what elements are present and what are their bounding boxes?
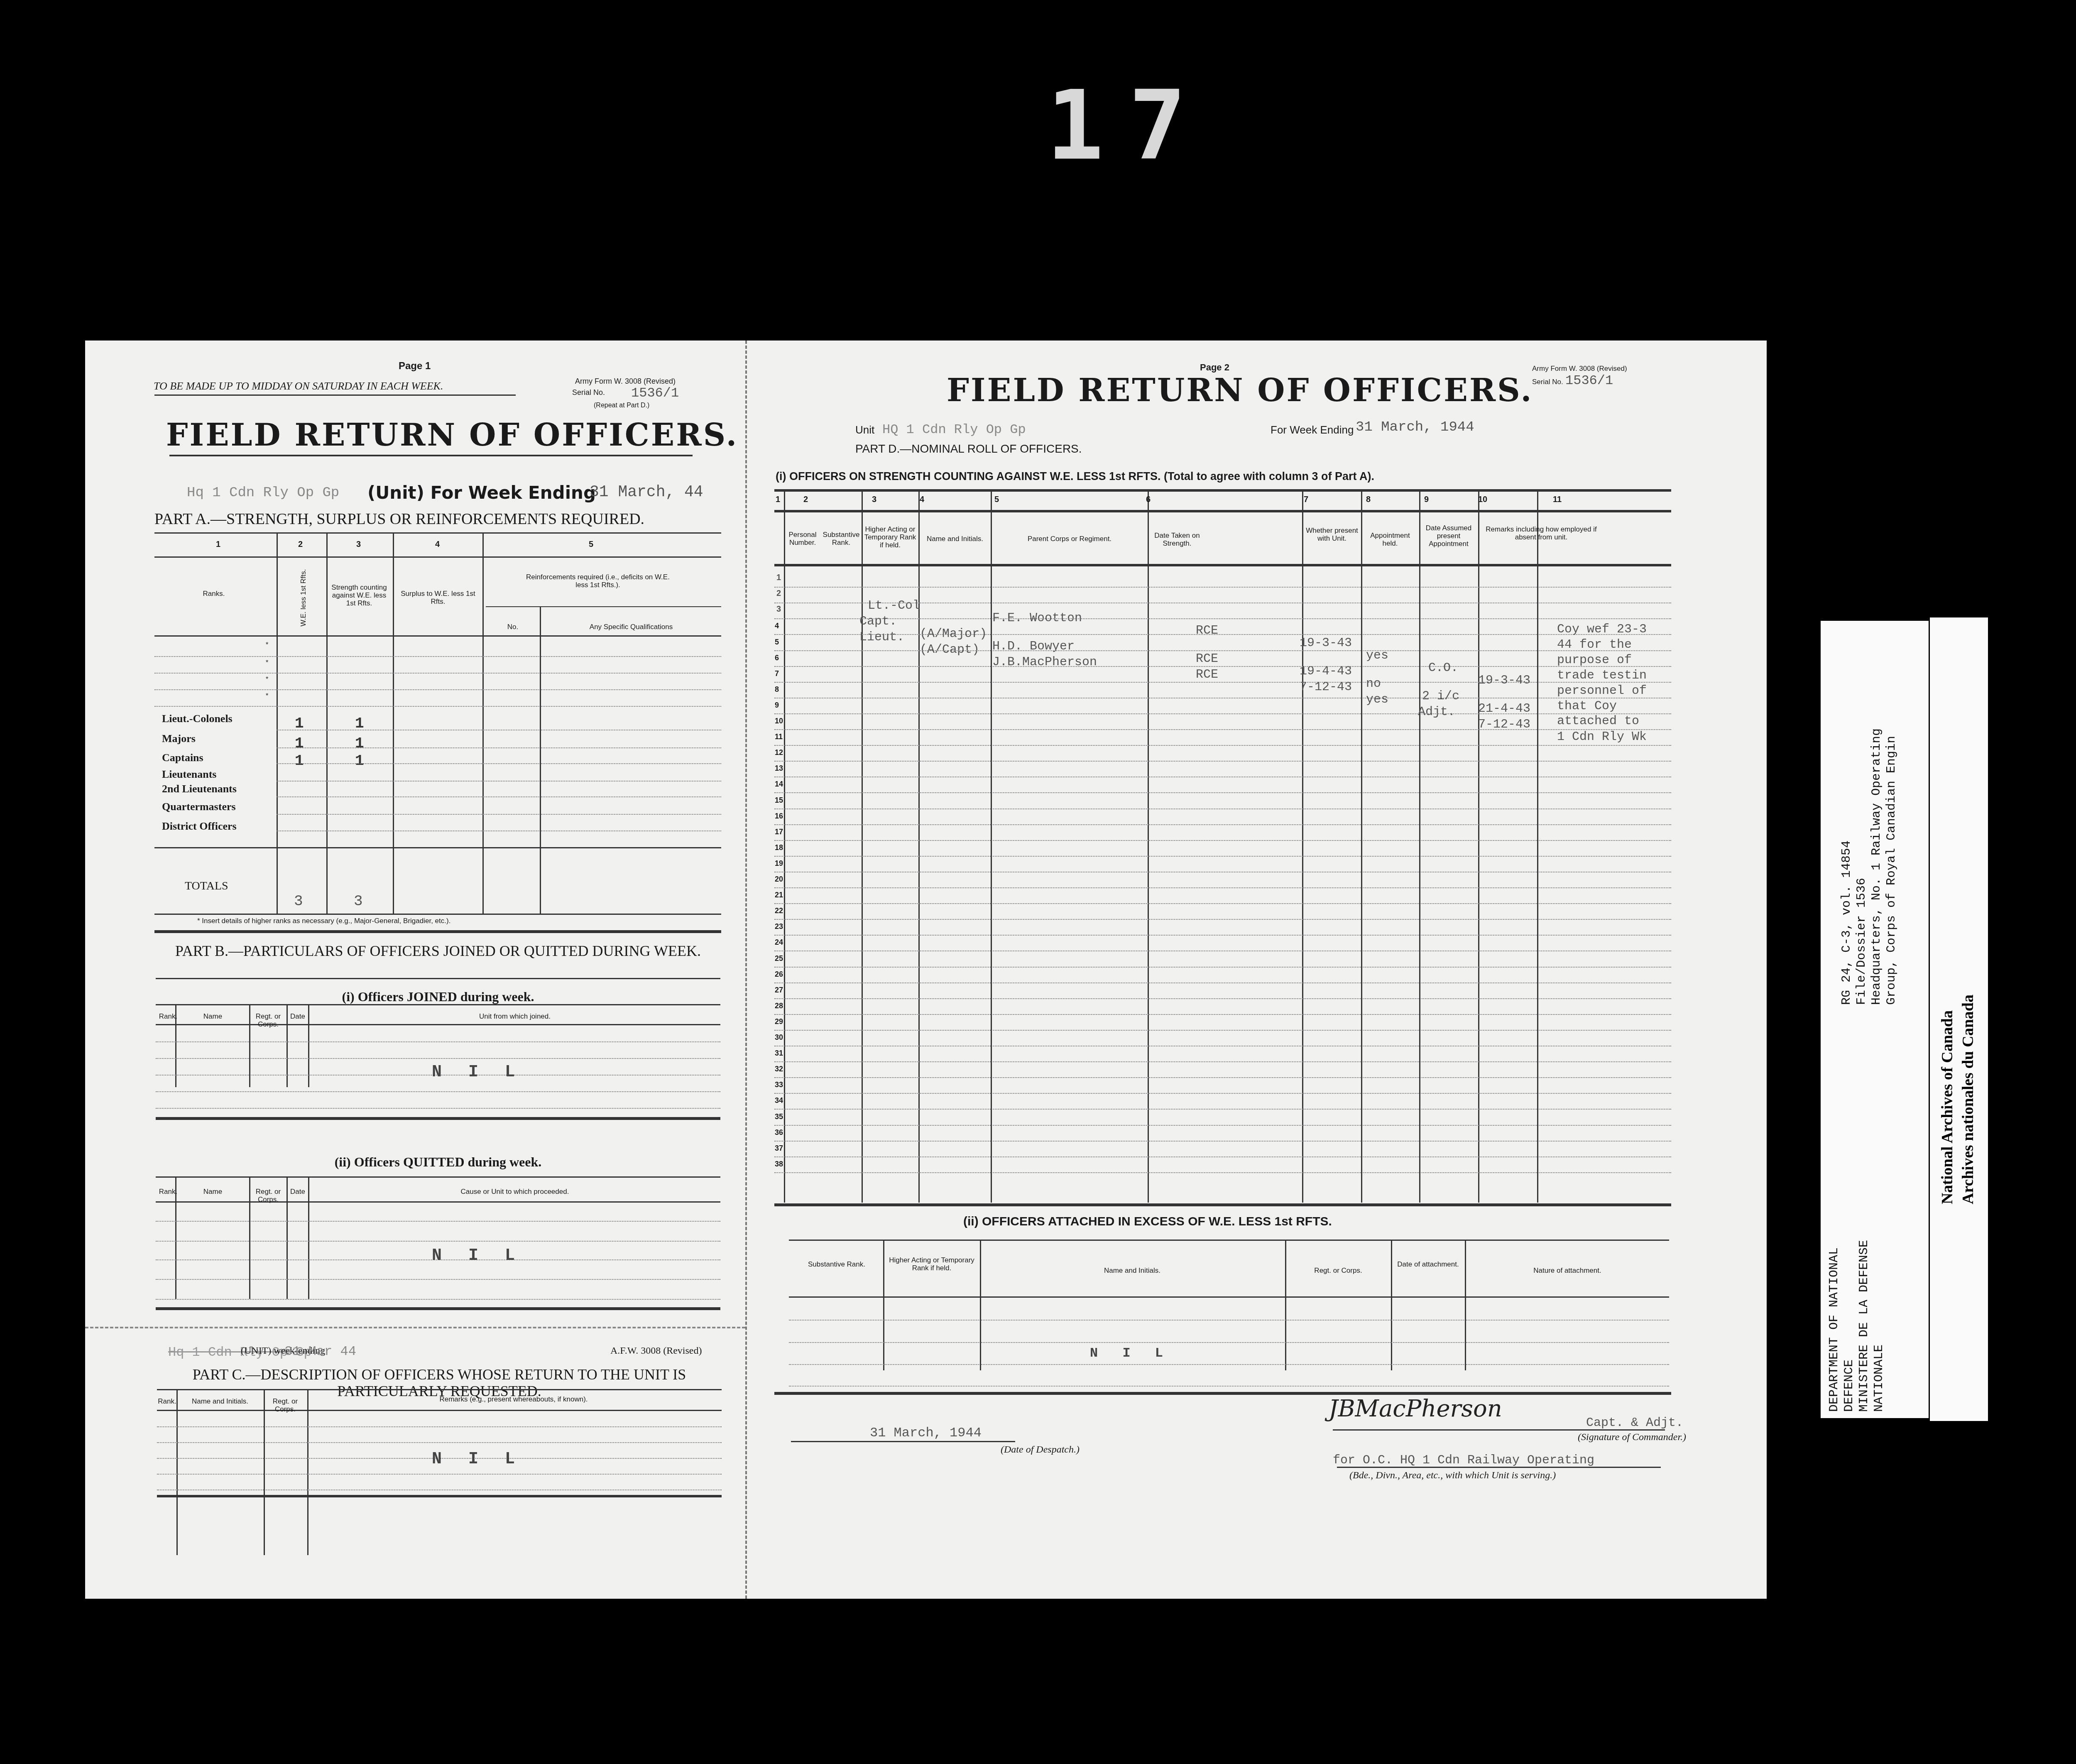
totals-strength: 3: [354, 893, 363, 910]
header-date-appt: Date Assumed present Appointment: [1420, 524, 1477, 548]
col-number: 3: [356, 540, 361, 549]
part-c-form-ref: A.F.W. 3008 (Revised): [610, 1345, 702, 1357]
table-row: 3 Lieut. (A/Capt) J.B.MacPherson RCE 7-1…: [776, 606, 821, 756]
col-number: 11: [1553, 495, 1562, 505]
rule: [774, 564, 1671, 566]
col-line: [1148, 489, 1149, 1203]
row-line: [774, 682, 1671, 683]
rule: [154, 635, 721, 637]
officer-name: H.D. Bowyer: [992, 640, 1075, 653]
archives-fr: Archives nationales du Canada: [1958, 995, 1978, 1204]
row-line: [277, 781, 721, 782]
row-line: [156, 1221, 720, 1222]
row-line: [774, 1109, 1671, 1110]
rank-cell: *: [266, 659, 268, 667]
appointment: C.O.: [1428, 662, 1458, 674]
row-line: [774, 587, 1671, 588]
header-date-tos: Date Taken on Strength.: [1149, 532, 1205, 547]
unit-value: HQ 1 Cdn Rly Op Gp: [882, 422, 1026, 437]
substantive-rank: Capt.: [859, 615, 897, 628]
row-number: 32: [775, 1065, 783, 1073]
col-line: [1537, 489, 1538, 1203]
row-number: 38: [775, 1160, 783, 1169]
remarks-continuation: Coy wef 23-3 44 for the purpose of trade…: [1557, 622, 1647, 714]
serial-label: Serial No.: [1532, 378, 1563, 386]
totals-label: TOTALS: [185, 880, 228, 893]
rank-cell: Quartermasters: [162, 801, 236, 813]
appointment: 2 i/c: [1422, 690, 1459, 703]
serial-label: Serial No.: [572, 388, 605, 397]
row-number: 35: [775, 1112, 783, 1121]
we-cell: 1: [295, 735, 304, 752]
remarks-line: that Coy: [1557, 699, 1647, 714]
row-line: [774, 698, 1671, 698]
frame-number: 17: [1046, 71, 1211, 181]
row-line: [789, 1364, 1669, 1365]
row-line: [277, 763, 721, 764]
header-reinforcements: Reinforcements required (i.e., deficits …: [523, 573, 673, 589]
col-number: 5: [994, 495, 999, 505]
date-assumed-appointment: 19-3-43: [1478, 674, 1530, 687]
row-number: 13: [775, 764, 783, 773]
joined-header-name: Name: [176, 1012, 249, 1020]
part-c-nil-entry: N I L: [432, 1450, 523, 1469]
row-line: [157, 1490, 722, 1490]
week-ending-value: 31 March, 44: [590, 483, 703, 501]
remarks-line: personnel of: [1557, 684, 1647, 699]
col-number: 4: [435, 540, 440, 549]
despatch-label: (Date of Despatch.): [1001, 1444, 1080, 1455]
row-number: 31: [775, 1049, 783, 1058]
row-line: [774, 650, 1671, 651]
part-d-heading: PART D.—NOMINAL ROLL OF OFFICERS.: [855, 442, 1082, 456]
present-with-unit: no: [1366, 678, 1381, 690]
unit-value: Hq 1 Cdn Rly Op Gp: [187, 485, 339, 501]
rule: [154, 847, 721, 848]
row-number: 33: [775, 1080, 783, 1089]
row-line: [774, 872, 1671, 872]
row-line: [774, 935, 1671, 936]
row-line: [774, 713, 1671, 714]
col-number: 3: [872, 495, 876, 505]
row-line: [774, 792, 1671, 793]
signature-title: Capt. & Adjt.: [1586, 1416, 1683, 1430]
row-number: 6: [775, 654, 779, 662]
row-line: [774, 856, 1671, 857]
col-line: [1478, 489, 1479, 1203]
row-line: [789, 1342, 1669, 1343]
row-number: 5: [775, 638, 779, 647]
strength-cell: 1: [355, 735, 364, 752]
row-line: [774, 951, 1671, 951]
row-line: [774, 1046, 1671, 1046]
col-line: [307, 1389, 308, 1555]
row-line: [774, 903, 1671, 904]
row-line: [277, 796, 721, 797]
header-parent-corps: Parent Corps or Regiment.: [992, 535, 1147, 543]
col-line: [1285, 1240, 1286, 1370]
header-surplus: Surplus to W.E. less 1st Rfts.: [394, 590, 482, 605]
header-no: No.: [486, 623, 540, 631]
rule: [789, 1296, 1669, 1298]
rank-cell: *: [266, 676, 268, 684]
army-form-ref: Army Form W. 3008 (Revised): [575, 377, 676, 386]
unit-label: Unit: [855, 424, 874, 436]
row-line: [277, 747, 721, 748]
row-line: [774, 998, 1671, 999]
label-line: DEPARTMENT OF NATIONAL: [1827, 1240, 1842, 1412]
rule: [774, 1203, 1671, 1206]
row-number: 26: [775, 970, 783, 979]
row-number: 12: [775, 748, 783, 757]
col-line: [918, 489, 920, 1203]
row-line: [156, 1299, 720, 1300]
rule: [156, 1176, 720, 1178]
row-number: 22: [775, 906, 783, 915]
row-line: [154, 673, 721, 674]
row-line: [154, 656, 721, 657]
row-line: [774, 1125, 1671, 1126]
serial-note: (Repeat at Part D.): [594, 402, 649, 409]
row-number: 20: [775, 875, 783, 884]
row-number: 30: [775, 1033, 783, 1042]
we-cell: 1: [295, 752, 304, 769]
remarks-line: Coy wef 23-3: [1557, 622, 1647, 637]
rank-cell: District Officers: [162, 820, 237, 833]
header-substantive-rank: Substantive Rank.: [821, 531, 861, 546]
row-line: [774, 1141, 1671, 1142]
col-line: [1419, 489, 1420, 1203]
row-line: [156, 1279, 720, 1280]
substantive-rank: Lieut.: [859, 631, 904, 644]
row-line: [156, 1041, 720, 1042]
row-line: [774, 634, 1671, 635]
label-line: Headquarters, No. 1 Railway Operating: [1869, 728, 1884, 1005]
row-number: 21: [775, 891, 783, 899]
col-number: 8: [1366, 495, 1371, 505]
row-number: 29: [775, 1017, 783, 1026]
row-number: 9: [775, 701, 779, 710]
part-c-header-rank: Rank.: [158, 1397, 176, 1405]
formation-value: for O.C. HQ 1 Cdn Railway Operating: [1333, 1453, 1594, 1468]
col-number: 6: [1146, 495, 1151, 505]
row-number: 1: [776, 571, 781, 584]
rule: [1333, 1429, 1665, 1431]
attached-header-name: Name and Initials.: [981, 1267, 1284, 1274]
col-number: 2: [298, 540, 303, 549]
present-with-unit: yes: [1366, 649, 1388, 662]
part-b-heading: PART B.—PARTICULARS OF OFFICERS JOINED O…: [156, 943, 720, 959]
joined-header-rank: Rank.: [158, 1012, 179, 1020]
col-line: [1391, 1240, 1392, 1370]
row-line: [154, 689, 721, 690]
attached-header-date: Date of attachment.: [1392, 1260, 1464, 1268]
col-line: [862, 489, 863, 1203]
header-present: Whether present with Unit.: [1304, 527, 1360, 542]
section-i-heading: (i) OFFICERS ON STRENGTH COUNTING AGAINS…: [776, 470, 1374, 483]
week-ending-value: 31 March, 1944: [1356, 419, 1474, 435]
col-line: [1465, 1240, 1466, 1370]
row-line: [774, 777, 1671, 777]
row-line: [774, 1093, 1671, 1094]
col-number: 1: [776, 495, 780, 505]
joined-header-date: Date: [287, 1012, 308, 1020]
label-line: Group, Corps of Royal Canadian Engin: [1884, 728, 1899, 1005]
label-line: MINISTERE DE LA DEFENSE: [1857, 1240, 1872, 1412]
parent-corps: RCE: [1196, 653, 1218, 665]
row-line: [774, 1030, 1671, 1031]
serial-number: 1536/1: [1565, 373, 1613, 388]
serial-number: 1536/1: [631, 385, 679, 401]
rule: [154, 556, 721, 558]
part-c-header-regt: Regt. or Corps.: [264, 1397, 306, 1413]
quitted-nil-entry: N I L: [432, 1247, 523, 1265]
formation-label: (Bde., Divn., Area, etc., with which Uni…: [1349, 1470, 1556, 1481]
header-acting-rank: Higher Acting or Temporary Rank if held.: [863, 525, 918, 549]
row-line: [157, 1442, 722, 1443]
row-line: [789, 1320, 1669, 1321]
row-line: [154, 706, 721, 707]
label-line: File/Dossier 1536: [1854, 728, 1869, 1005]
header-appointment: Appointment held.: [1362, 532, 1418, 547]
row-number: 34: [775, 1096, 783, 1105]
col-number: 4: [920, 495, 924, 505]
row-line: [774, 967, 1671, 968]
row-number: 36: [775, 1128, 783, 1137]
rule: [774, 489, 1671, 492]
row-number: 24: [775, 938, 783, 947]
row-line: [156, 1091, 720, 1092]
rule: [156, 1004, 720, 1005]
rank-cell: Majors: [162, 733, 196, 745]
rule: [156, 1307, 720, 1310]
row-number: 25: [775, 954, 783, 963]
header-remarks: Remarks including how employed if absent…: [1479, 525, 1604, 541]
rule: [154, 532, 721, 534]
joined-nil-entry: N I L: [432, 1063, 523, 1082]
joined-header-unit: Unit from which joined.: [309, 1012, 720, 1020]
rule: [486, 606, 721, 607]
col-number: 7: [1304, 495, 1308, 505]
row-number: 28: [775, 1002, 783, 1010]
archives-en: National Archives of Canada: [1937, 995, 1958, 1204]
rule: [774, 510, 1671, 512]
row-line: [774, 1014, 1671, 1015]
col-number: 5: [589, 540, 593, 549]
col-line: [176, 1389, 178, 1555]
col-line: [393, 532, 394, 914]
row-line: [774, 666, 1671, 667]
row-line: [774, 808, 1671, 809]
row-number: 3: [776, 603, 781, 615]
date-taken-on-strength: 19-4-43: [1300, 665, 1352, 678]
rule: [774, 1392, 1671, 1395]
appointment: Adjt.: [1418, 706, 1455, 718]
quitted-header-regt: Regt. or Corps.: [250, 1188, 286, 1203]
rank-cell: *: [266, 693, 268, 700]
part-c-week-value: 31 Mar 44: [284, 1344, 356, 1359]
date-taken-on-strength: 7-12-43: [1300, 681, 1352, 693]
col-line: [482, 532, 484, 914]
week-ending-label: For Week Ending: [1271, 424, 1354, 436]
date-taken-on-strength: 19-3-43: [1300, 637, 1352, 649]
rule: [1337, 1467, 1661, 1468]
row-line: [774, 745, 1671, 746]
rank-cell: *: [266, 642, 268, 649]
quitted-header-name: Name: [176, 1188, 249, 1196]
row-line: [774, 1061, 1671, 1062]
row-line: [774, 729, 1671, 730]
row-number: 37: [775, 1144, 783, 1153]
archives-stamp: National Archives of Canada Archives nat…: [1937, 995, 1978, 1204]
army-form-ref: Army Form W. 3008 (Revised): [1532, 365, 1627, 373]
col-line: [540, 606, 541, 914]
row-number: 4: [775, 622, 779, 630]
quitted-header-cause: Cause or Unit to which proceeded.: [309, 1188, 720, 1196]
attached-header-nature: Nature of attachment.: [1466, 1267, 1669, 1274]
page-fold-divider: [745, 341, 747, 1599]
col-line: [1361, 489, 1362, 1203]
part-c-header-remarks: Remarks (e.g., present whereabouts, if k…: [308, 1395, 719, 1403]
col-line: [264, 1389, 265, 1555]
row-line: [774, 618, 1671, 619]
label-line: DEFENCE: [1842, 1240, 1857, 1412]
row-line: [774, 824, 1671, 825]
row-line: [774, 840, 1671, 841]
header-name: Name and Initials.: [920, 535, 990, 543]
header-qualifications: Any Specific Qualifications: [542, 623, 720, 631]
attached-header-sub-rank: Substantive Rank.: [791, 1260, 882, 1268]
row-line: [774, 1172, 1671, 1173]
despatch-date: 31 March, 1944: [870, 1425, 982, 1441]
row-line: [774, 982, 1671, 983]
remarks-line: trade testin: [1557, 668, 1647, 684]
col-number: 9: [1424, 495, 1429, 505]
rule: [169, 455, 693, 456]
attached-header-regt: Regt. or Corps.: [1286, 1267, 1390, 1274]
instruction-text: TO BE MADE UP TO MIDDAY ON SATURDAY IN E…: [154, 380, 443, 392]
row-line: [277, 831, 721, 831]
row-number: 27: [775, 986, 783, 995]
page-title: FIELD RETURN OF OFFICERS.: [947, 372, 1533, 409]
row-line: [774, 761, 1671, 762]
rank-cell: Lieutenants: [162, 768, 216, 781]
row-number: 23: [775, 922, 783, 931]
rule: [157, 1495, 722, 1497]
row-number: 10: [775, 717, 783, 725]
remarks: attached to: [1557, 715, 1639, 728]
header-strength: Strength counting against W.E. less 1st …: [328, 583, 390, 607]
row-line: [774, 887, 1671, 888]
row-number: 8: [775, 685, 779, 694]
joined-title: (i) Officers JOINED during week.: [156, 989, 720, 1004]
row-line: [774, 1077, 1671, 1078]
signature-label: (Signature of Commander.): [1578, 1432, 1686, 1443]
row-number: 17: [775, 828, 783, 836]
part-c-header-name: Name and Initials.: [176, 1397, 264, 1405]
col-line: [1302, 489, 1303, 1203]
row-number: 11: [775, 733, 783, 741]
quitted-header-date: Date: [287, 1188, 308, 1196]
row-line: [774, 919, 1671, 920]
dept-label: DEPARTMENT OF NATIONAL DEFENCE MINISTERE…: [1827, 1240, 1887, 1412]
label-line: NATIONALE: [1872, 1240, 1887, 1412]
header-personal-number: Personal Number.: [786, 531, 820, 546]
strength-cell: 1: [355, 752, 364, 769]
row-number: 2: [776, 587, 781, 600]
row-line: [157, 1426, 722, 1427]
row-line: [277, 730, 721, 730]
rule: [157, 1410, 722, 1411]
col-number: 10: [1478, 495, 1487, 505]
row-line: [774, 603, 1671, 603]
commander-signature: JBMacPherson: [1329, 1395, 1502, 1422]
page-title: FIELD RETURN OF OFFICERS.: [166, 417, 738, 453]
row-number: 14: [775, 780, 783, 789]
col-line: [277, 532, 278, 914]
quitted-header-rank: Rank.: [158, 1188, 179, 1196]
col-line: [326, 532, 328, 914]
joined-header-regt: Regt. or Corps.: [250, 1012, 286, 1028]
col-line: [991, 489, 992, 1203]
row-number: 15: [775, 796, 783, 805]
row-line: [774, 1156, 1671, 1157]
remarks: 1 Cdn Rly Wk: [1557, 731, 1647, 743]
part-c-tear-line: [85, 1327, 745, 1328]
row-number: 16: [775, 812, 783, 821]
section-ii-heading: (ii) OFFICERS ATTACHED IN EXCESS OF W.E.…: [963, 1215, 1332, 1229]
rule: [791, 1441, 1015, 1442]
rule: [154, 394, 516, 396]
row-line: [156, 1058, 720, 1059]
attached-nil-entry: N I L: [1090, 1345, 1171, 1361]
parent-corps: RCE: [1196, 625, 1218, 637]
attached-header-acting-rank: Higher Acting or Temporary Rank if held.: [884, 1256, 979, 1272]
col-number: 1: [216, 540, 220, 549]
row-line: [277, 814, 721, 815]
page-label: Page 1: [399, 360, 431, 372]
row-number: 7: [775, 669, 779, 678]
rule: [789, 1240, 1669, 1241]
part-a-heading: PART A.—STRENGTH, SURPLUS OR REINFORCEME…: [154, 510, 644, 528]
parent-corps: RCE: [1196, 669, 1218, 681]
rule: [157, 1389, 722, 1390]
col-line: [980, 1240, 981, 1370]
col-number: 2: [803, 495, 808, 505]
rank-cell: 2nd Lieutenants: [162, 783, 237, 795]
part-c-heading: PART C.—DESCRIPTION OF OFFICERS WHOSE RE…: [157, 1366, 722, 1399]
substantive-rank: Lt.-Col: [868, 600, 920, 612]
row-number: 18: [775, 843, 783, 852]
rule: [154, 930, 721, 933]
unit-label: (Unit) For Week Ending: [367, 483, 596, 503]
rule: [156, 1117, 720, 1120]
reference-label: RG 24, C-3, vol. 14854 File/Dossier 1536…: [1839, 728, 1899, 1005]
rule: [156, 1201, 720, 1203]
rule: [154, 914, 721, 915]
footnote: * Insert details of higher ranks as nece…: [197, 917, 450, 925]
rank-cell: Captains: [162, 752, 203, 764]
row-line: [156, 1241, 720, 1242]
totals-we: 3: [294, 893, 303, 910]
header-ranks: Ranks.: [166, 590, 262, 598]
label-line: RG 24, C-3, vol. 14854: [1839, 728, 1854, 1005]
rule: [156, 1024, 720, 1025]
row-line: [157, 1474, 722, 1475]
header-we: W.E. less 1st Rfts.: [299, 556, 307, 639]
rule: [156, 978, 720, 979]
rank-cell: Lieut.-Colonels: [162, 713, 233, 725]
